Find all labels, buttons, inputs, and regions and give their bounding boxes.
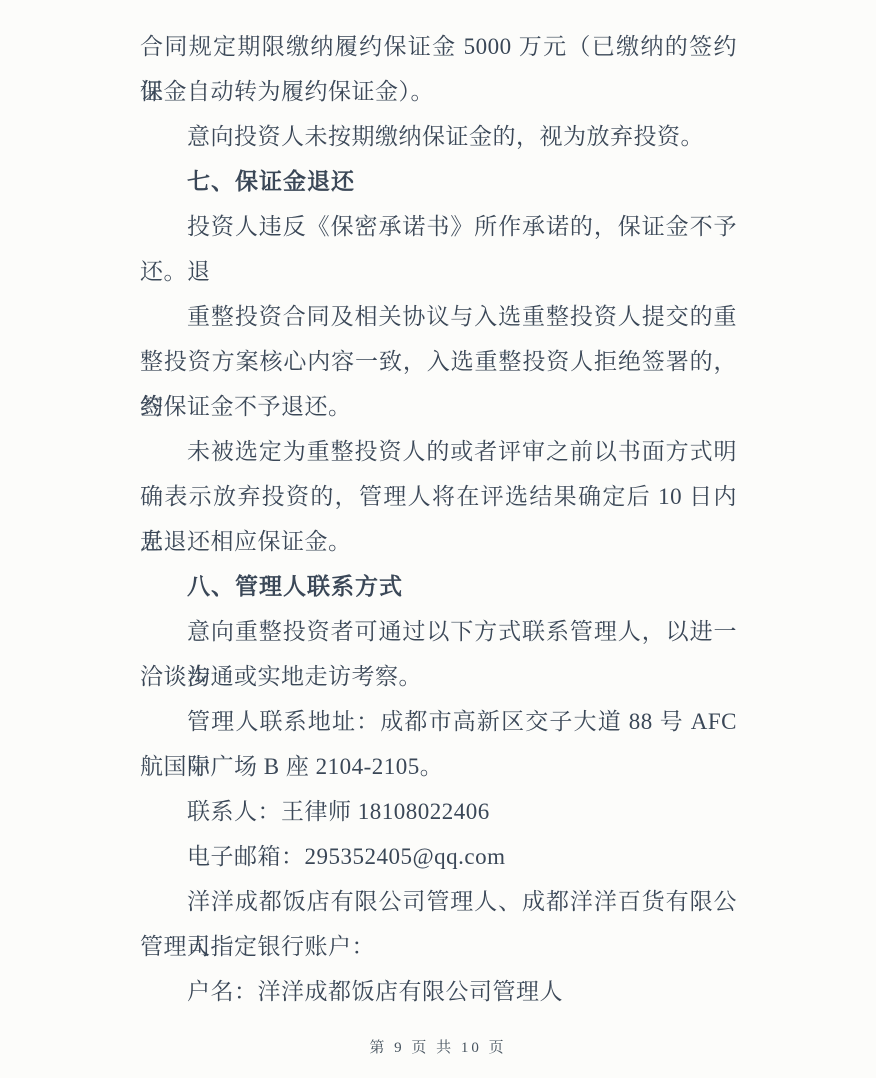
- text-line: 意向投资人未按期缴纳保证金的，视为放弃投资。: [140, 114, 737, 159]
- text-line: 八、管理人联系方式: [140, 564, 737, 609]
- text-line: 未被选定为重整投资人的或者评审之前以书面方式明: [140, 429, 737, 474]
- text-line: 整投资方案核心内容一致，入选重整投资人拒绝签署的，签: [140, 339, 737, 384]
- text-line: 还。: [140, 249, 737, 294]
- text-line: 意向重整投资者可通过以下方式联系管理人，以进一步: [140, 609, 737, 654]
- text-line: 联系人：王律师 18108022406: [140, 789, 737, 834]
- text-line: 息退还相应保证金。: [140, 519, 737, 564]
- text-line: 重整投资合同及相关协议与入选重整投资人提交的重: [140, 294, 737, 339]
- text-line: 合同规定期限缴纳履约保证金 5000 万元（已缴纳的签约保: [140, 24, 737, 69]
- text-line: 七、保证金退还: [140, 159, 737, 204]
- text-line: 电子邮箱：295352405@qq.com: [140, 834, 737, 879]
- page-number-footer: 第 9 页 共 10 页: [0, 1036, 876, 1057]
- text-line: 管理人指定银行账户：: [140, 924, 737, 969]
- text-line: 洽谈沟通或实地走访考察。: [140, 654, 737, 699]
- text-line: 管理人联系地址：成都市高新区交子大道 88 号 AFC 中: [140, 699, 737, 744]
- text-line: 证金自动转为履约保证金）。: [140, 69, 737, 114]
- text-line: 洋洋成都饭店有限公司管理人、成都洋洋百货有限公司: [140, 879, 737, 924]
- text-line: 户名：洋洋成都饭店有限公司管理人: [140, 969, 737, 1014]
- text-line: 航国际广场 B 座 2104-2105。: [140, 744, 737, 789]
- document-body: 合同规定期限缴纳履约保证金 5000 万元（已缴纳的签约保证金自动转为履约保证金…: [140, 24, 737, 1014]
- text-line: 投资人违反《保密承诺书》所作承诺的，保证金不予退: [140, 204, 737, 249]
- scanned-document-page: 合同规定期限缴纳履约保证金 5000 万元（已缴纳的签约保证金自动转为履约保证金…: [0, 0, 876, 1078]
- text-line: 确表示放弃投资的，管理人将在评选结果确定后 10 日内无: [140, 474, 737, 519]
- text-line: 约保证金不予退还。: [140, 384, 737, 429]
